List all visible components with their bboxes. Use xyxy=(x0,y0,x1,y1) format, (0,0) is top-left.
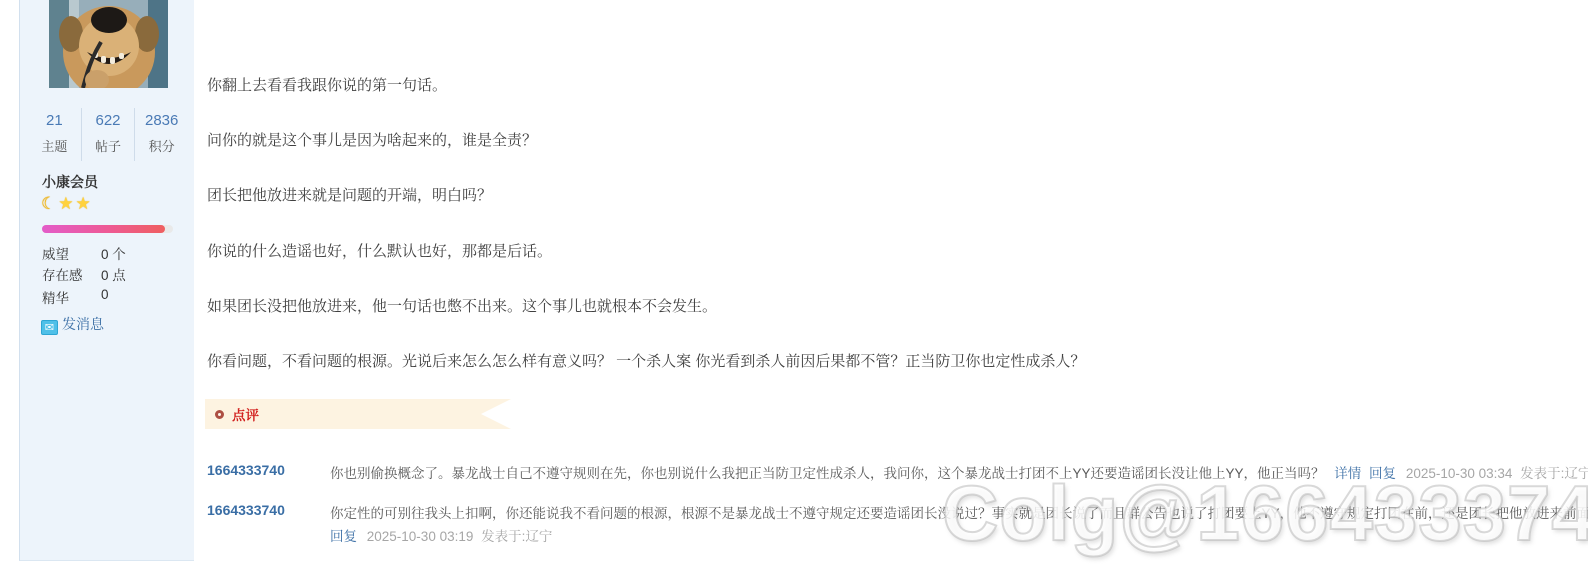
comment-line: 回复 2025-10-30 03:19 发表于:辽宁 xyxy=(330,525,1588,545)
dog-avatar-image xyxy=(49,0,168,88)
comment-time: 2025-10-30 03:19 xyxy=(367,529,474,544)
post-paragraph: 团长把他放进来就是问题的开端，明白吗？ xyxy=(207,184,492,205)
user-avatar[interactable] xyxy=(49,0,168,88)
digest-label: 精华 xyxy=(42,291,69,306)
comment-username[interactable]: 1664333740 xyxy=(207,462,322,478)
comment-location: 发表于:辽宁 xyxy=(481,529,552,544)
stat-posts: 622 帖子 xyxy=(81,108,135,161)
detail-link[interactable]: 详情 xyxy=(1334,466,1361,481)
credits-label: 积分 xyxy=(135,136,188,155)
envelope-icon: ✉ xyxy=(41,320,58,335)
post-paragraph: 问你的就是这个事儿是因为啥起来的，谁是全责？ xyxy=(207,129,537,150)
user-stats: 21 主题 622 帖子 2836 积分 xyxy=(28,108,188,161)
reply-link[interactable]: 回复 xyxy=(1369,466,1396,481)
star-medal-icon: ★ xyxy=(76,194,93,213)
moon-medal-icon: ☾ xyxy=(41,194,58,213)
medal-row: ☾★★ xyxy=(41,194,93,214)
comment-text: 你也别偷换概念了。暴龙战士自己不遵守规则在先，你也别说什么我把正当防卫定性成杀人… xyxy=(330,466,1325,481)
author-sidebar: 21 主题 622 帖子 2836 积分 小康会员 ☾★★ 威望 0 个 存在感… xyxy=(19,0,194,561)
presence-label: 存在感 xyxy=(42,268,83,283)
posts-label: 帖子 xyxy=(82,136,135,155)
send-message-link[interactable]: ✉发消息 xyxy=(41,314,104,335)
posts-count-link[interactable]: 622 xyxy=(82,112,135,129)
comment-ribbon-label: 点评 xyxy=(232,404,259,424)
comment-ribbon: 点评 xyxy=(205,399,511,429)
post-paragraph: 如果团长没把他放进来，他一句话也憋不出来。这个事儿也就根本不会发生。 xyxy=(207,295,717,316)
prestige-label: 威望 xyxy=(42,247,69,262)
level-progress-fill xyxy=(42,225,165,233)
digest-value: 0 xyxy=(101,287,109,302)
post-paragraph: 你翻上去看看我跟你说的第一句话。 xyxy=(207,74,447,95)
comment-line: 你定性的可别往我头上扣啊，你还能说我不看问题的根源，根源不是暴龙战士不遵守规定还… xyxy=(330,502,1588,522)
comment-username[interactable]: 1664333740 xyxy=(207,502,322,518)
topics-count-link[interactable]: 21 xyxy=(28,112,81,129)
comment-time: 2025-10-30 03:34 xyxy=(1406,466,1513,481)
topics-label: 主题 xyxy=(28,136,81,155)
prestige-row: 威望 0 个 xyxy=(42,243,182,263)
digest-row: 精华 0 xyxy=(42,287,182,307)
comment-text: 你定性的可别往我头上扣啊，你还能说我不看问题的根源，根源不是暴龙战士不遵守规定还… xyxy=(330,506,1588,521)
reply-link[interactable]: 回复 xyxy=(330,529,357,544)
prestige-value: 0 个 xyxy=(101,243,126,263)
member-level: 小康会员 xyxy=(42,172,98,192)
comment-dot-icon xyxy=(215,410,224,419)
comment-line: 你也别偷换概念了。暴龙战士自己不遵守规则在先，你也别说什么我把正当防卫定性成杀人… xyxy=(330,462,1588,482)
stat-credits: 2836 积分 xyxy=(134,108,188,161)
credits-count-link[interactable]: 2836 xyxy=(135,112,188,129)
presence-value: 0 点 xyxy=(101,264,126,284)
send-message-label: 发消息 xyxy=(62,316,104,332)
star-medal-icon: ★ xyxy=(58,194,75,213)
post-paragraph: 你看问题，不看问题的根源。光说后来怎么怎么样有意义吗？ 一个杀人案 你光看到杀人… xyxy=(207,350,1085,371)
level-progress-bar xyxy=(42,225,173,233)
post-paragraph: 你说的什么造谣也好，什么默认也好，那都是后话。 xyxy=(207,240,552,261)
comment-location: 发表于:辽宁 xyxy=(1520,466,1588,481)
presence-row: 存在感 0 点 xyxy=(42,264,182,284)
stat-topics: 21 主题 xyxy=(28,108,81,161)
